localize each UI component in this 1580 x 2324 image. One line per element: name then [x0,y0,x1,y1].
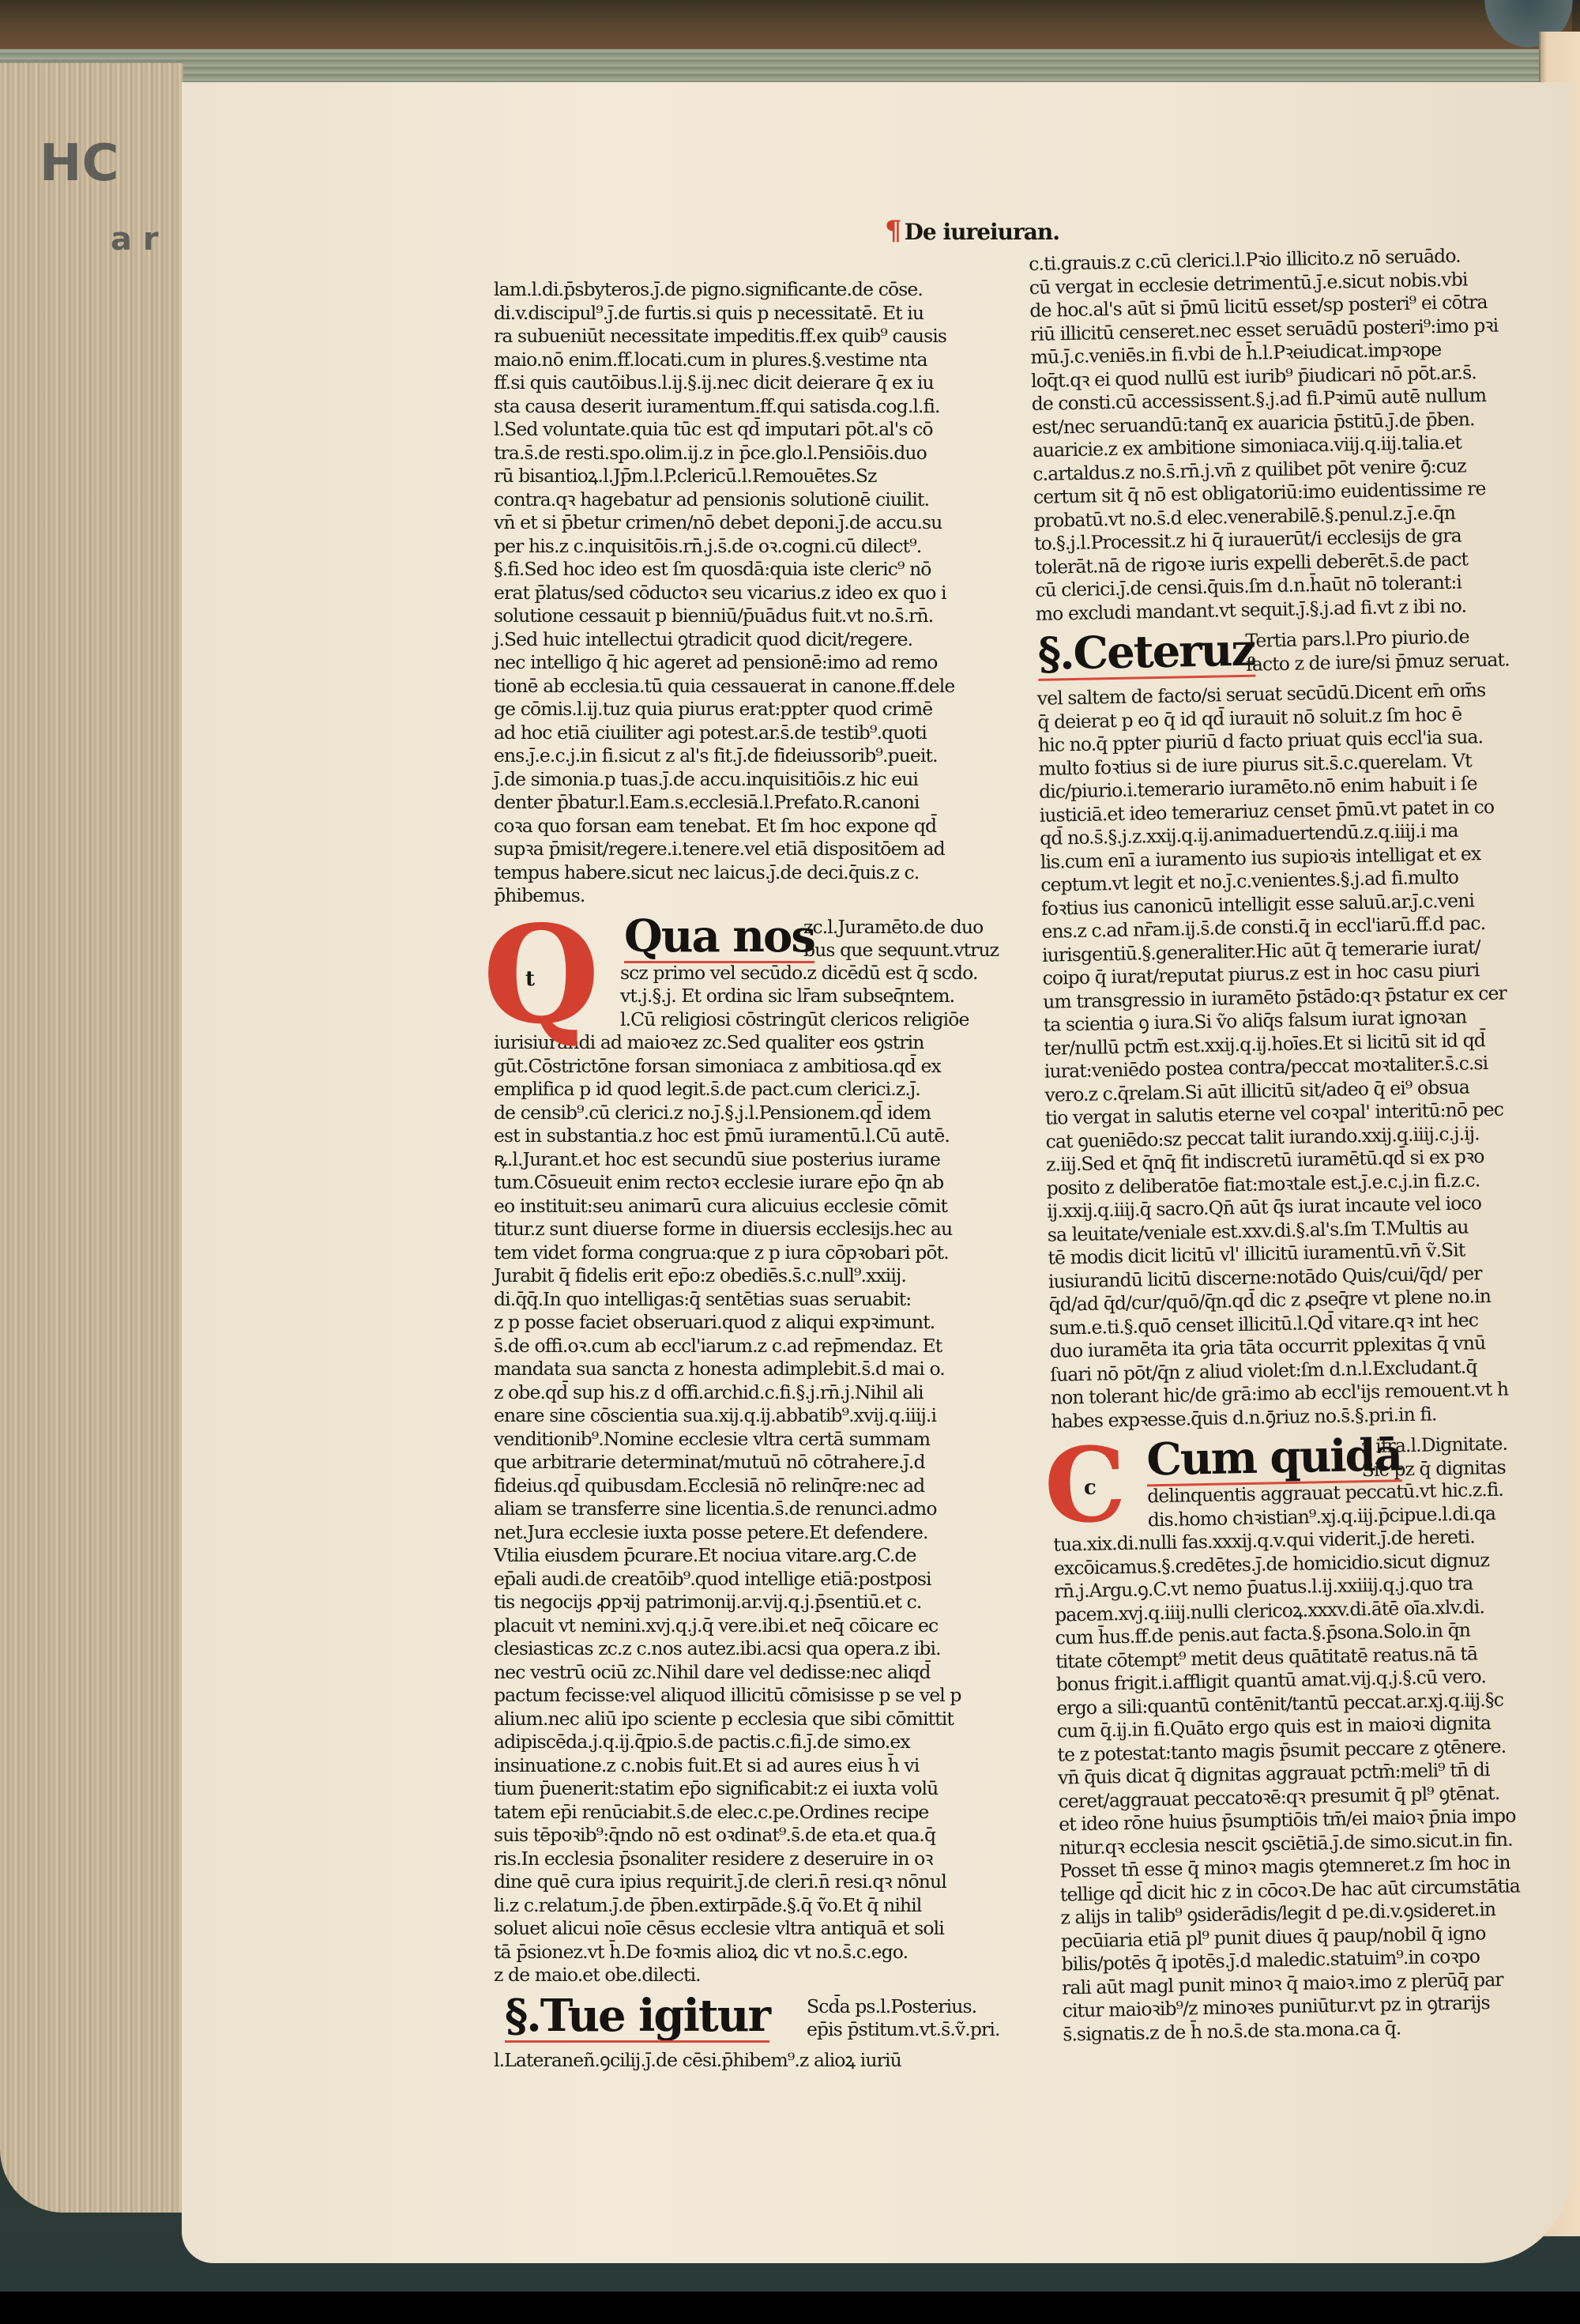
text-line: tā p̄sionez.vt h̄.De foꝛmis alioꝝ dic vt… [494,1941,976,1964]
text-line: s̄.de offi.oꝛ.cum ab eccl'iarum.z c.ad r… [494,1335,976,1358]
text-line: dine quē cura ipius requirit.j̄.de cleri… [494,1870,976,1894]
section-heading-quanos: Q t Qua nos zc.l.Juramēto.de duo bus que… [494,913,976,960]
text-line: §.fi.Sed hoc ideo est ſm quosdā:quia ist… [494,558,976,582]
red-underline [624,961,814,963]
text-line: que arbitrarie determinat/mutuū nō cōtra… [494,1451,976,1475]
text-line: erat p̄latus/sed cōductoꝛ seu vicarius.z… [494,582,976,605]
text-line: gūt.Cōstrictōne forsan simoniaca z ambit… [494,1055,976,1079]
text-line: ge cōmis.l.ij.tuz quia piurus erat:ppter… [494,698,976,721]
text-line: de censib⁹.cū clerici.z no.j̄.§.j.l.Pens… [494,1102,976,1125]
text-line: placuit vt nemini.xvj.q.j.q̄ vere.ibi.et… [494,1614,976,1638]
running-head: ¶De iureiuran. [885,215,1059,247]
text-line: lam.l.di.p̄sbyteros.j̄.de pigno.signific… [494,278,976,302]
heading-side-text: z ifra.l.Dignitate. Sic pz q̄ dignitas [1361,1433,1508,1482]
text-line: zc.l.Juramēto.de duo [803,916,999,940]
text-line: ep̄ali audi.de creatōib⁹.quod intellige … [494,1568,976,1591]
right-lines-d: tua.xix.di.nulli fas.xxxij.q.v.qui vider… [1053,1524,1552,2047]
text-line: Sic pz q̄ dignitas [1361,1456,1508,1482]
text-line: li.z c.relatum.j̄.de p̄ben.extirpāde.§.q… [494,1894,976,1918]
section-heading-ceterum: §.Ceteruz Tertia pars.l.Pro piurio.de fa… [1036,621,1526,686]
text-line: tium p̄uenerit:statim ep̄o significabit:… [494,1777,976,1801]
text-line: maio.nō enim.ff.locati.cum in plures.§.v… [494,348,976,372]
text-line: tum.Cōsueuit enim rectoꝛ ecclesie iurare… [494,1171,976,1195]
left-lines-c: iurisiurandi ad maioꝛez zc.Sed qualiter … [494,1031,976,1987]
section-heading-tue-igitur: §.Tue igitur Scd̄a ps.l.Posterius. ep̄is… [494,1992,976,2047]
text-line: tatem ep̄i renūciabit.s̄.de elec.c.pe.Or… [494,1801,976,1825]
text-line: enare sine cōscientia sua.xij.q.ij.abbat… [494,1404,976,1428]
heading-side-text: Scd̄a ps.l.Posterius. ep̄is p̄stitum.vt.… [807,1995,1000,2042]
text-line: ep̄is p̄stitum.vt.s̄.ṽ.pri. [807,2018,1000,2042]
text-line: insinuatione.z c.nobis fuit.Et si ad aur… [494,1754,976,1778]
text-line: soluet alicui noīe cēsus ecclesie vltra … [494,1917,976,1941]
heading-text: Qua nos [624,910,814,962]
text-line: ra subueniūt necessitate impeditis.ff.ex… [494,325,976,348]
text-line: di.q̄q̄.In quo intelligas:q̄ sentētias s… [494,1288,976,1312]
text-line: sta causa deserit iuramentum.ff.qui sati… [494,395,976,419]
text-line: z p posse faciet obseruari.quod z aliqui… [494,1311,976,1335]
text-line: nec vestrū ociū zc.Nihil dare vel dediss… [494,1661,976,1685]
text-line: facto z de iure/si p̄muz seruat. [1246,648,1510,676]
text-line: clesiasticas zc.z c.nos autez.ibi.acsi q… [494,1637,976,1661]
text-line: l.Lateraneñ.ꝯcilij.j̄.de cēsi.p̄hibem⁹.z… [494,2049,976,2073]
text-line: l.Sed voluntate.quia tūc est qd̄ imputar… [494,418,976,442]
text-line: est in substantia.z hoc est p̄mū iuramen… [494,1124,976,1148]
text-line: ff.si quis cautōibus.l.ij.§.ij.nec dicit… [494,371,976,395]
running-head-title: De iureiuran. [905,219,1059,245]
text-line: Jurabit q̄ fidelis erit ep̄o:z obediēs.s… [494,1264,976,1288]
pilcrow-icon: ¶ [885,215,901,247]
text-line: contra.qꝛ hagebatur ad pensionis solutio… [494,488,976,512]
text-line: ꝶ.l.Jurant.et hoc est secundū siue poste… [494,1148,976,1172]
text-line: alium.nec aliū ipo sciente p ecclesia qu… [494,1708,976,1731]
text-line: nec intelligo q̄ hic ageret ad pensionē:… [494,651,976,675]
section-heading-cum-quidam: C c Cum quidā z ifra.l.Dignitate. Sic pz… [1051,1429,1542,1486]
text-line: tra.s̄.de resti.spo.olim.ij.z in p̄ce.gl… [494,442,976,465]
fore-edge-marking: HC [39,134,119,193]
text-line: net.Jura ecclesie iuxta posse petere.Et … [494,1521,976,1545]
guide-letter: t [525,968,534,992]
text-line: z de maio.et obe.dilecti. [494,1964,976,1987]
section-heading-title: §.Ceteruz [1037,627,1255,678]
text-line: coꝛa quo forsan eam tenebat. Et ſm hoc e… [494,815,976,838]
text-line: z ifra.l.Dignitate. [1361,1433,1508,1459]
heading-side-text: zc.l.Juramēto.de duo bus que sequunt.vtr… [803,916,999,962]
text-line: fideius.qd̄ quibusdam.Ecclesiā nō relinq… [494,1475,976,1498]
right-lines-b: vel saltem de facto/si seruat secūdū.Dic… [1037,678,1541,1433]
fore-edge: HC a r [0,63,183,2213]
text-line: z obe.qd̄ sup his.z d offi.archid.c.fi.§… [494,1381,976,1405]
text-line: per his.z c.inquisitōis.rn̄.j.s̄.de oꝛ.c… [494,535,976,559]
text-line: bus que sequunt.vtruz [803,939,999,962]
text-line: venditionib⁹.Nomine ecclesie vltra certā… [494,1428,976,1452]
text-line: supꝛa p̄misit/regere.i.tenere.vel etiā d… [494,838,976,861]
heading-text: §.Tue igitur [505,1990,769,2042]
section-heading-title: Qua nos [624,913,814,960]
section-heading-title: §.Tue igitur [505,1992,769,2040]
text-line: rū bisantioꝝ.l.Jp̄m.l.P.clericū.l.Remouē… [494,465,976,488]
rubricated-initial: Q [483,908,599,1042]
heading-side-text: Tertia pars.l.Pro piurio.de facto z de i… [1245,624,1510,676]
text-line: denter p̄batur.l.Eam.s.ecclesiā.l.Prefat… [494,791,976,815]
text-line: di.v.discipul⁹.j̄.de furtis.si quis p ne… [494,302,976,326]
text-line: tis negocijs ꝓpꝛij patrimonij.ar.vij.q.j… [494,1591,976,1614]
text-line: emplifica p id quod legit.s̄.de pact.cum… [494,1078,976,1102]
text-line: pactum fecisse:vel aliquod illicitū cōmi… [494,1684,976,1708]
text-line: aliam se transferre sine licentia.s̄.de … [494,1497,976,1521]
text-line: solutione cessauit p bienniū/p̄uādus fui… [494,605,976,628]
text-line: Scd̄a ps.l.Posterius. [807,1995,1000,2019]
text-line: tionē ab ecclesia.tū quia cessauerat in … [494,675,976,699]
bottom-black-border [0,2292,1580,2324]
text-line: Vtilia eiusdem p̄curare.Et nociua vitare… [494,1544,976,1568]
text-line: vn̄ et si p̄betur crimen/nō debet deponi… [494,511,976,535]
text-line: suis tēpoꝛib⁹:q̄ndo nō est oꝛdinat⁹.s̄.d… [494,1824,976,1848]
text-line: adipiscēda.j.q.ij.q̄pio.s̄.de pactis.c.f… [494,1731,976,1754]
left-text-column: lam.l.di.p̄sbyteros.j̄.de pigno.signific… [494,278,976,2072]
heading-text: §.Ceteruz [1037,624,1255,680]
text-line: ris.In ecclesia p̄sonaliter residere z d… [494,1848,976,1871]
red-underline [505,2040,769,2043]
right-text-column: c.ti.grauis.z c.cū clerici.l.Pꝛio illici… [1029,243,1552,2046]
text-line: eo instituit:seu animarū cura alicuius e… [494,1195,976,1218]
text-line: mandata sua sancta z honesta adimplebit.… [494,1358,976,1381]
right-lines-a: c.ti.grauis.z c.cū clerici.l.Pꝛio illici… [1029,243,1525,626]
fore-edge-marking-secondary: a r [111,221,159,258]
book-cover-top [0,0,1572,49]
text-line: ens.j̄.e.c.j.in fi.sicut z al's fit.j̄.d… [494,744,976,768]
text-line: j̄.de simonia.p tuas.j̄.de accu.inquisit… [494,768,976,792]
text-line: j.Sed huic intellectui ꝯtradicit quod di… [494,628,976,652]
text-line: tem videt forma congrua:que z p iura cōp… [494,1241,976,1265]
guide-letter: c [1084,1477,1097,1501]
left-lines-d: l.Lateraneñ.ꝯcilij.j̄.de cēsi.p̄hibem⁹.z… [494,2049,976,2073]
text-line: tempus habere.sicut nec laicus.j̄.de dec… [494,861,976,885]
text-line: ad hoc etiā ciuiliter agi potest.ar.s̄.d… [494,721,976,745]
left-lines-a: lam.l.di.p̄sbyteros.j̄.de pigno.signific… [494,278,976,908]
text-line: titur.z sunt diuerse forme in diuersis e… [494,1218,976,1241]
